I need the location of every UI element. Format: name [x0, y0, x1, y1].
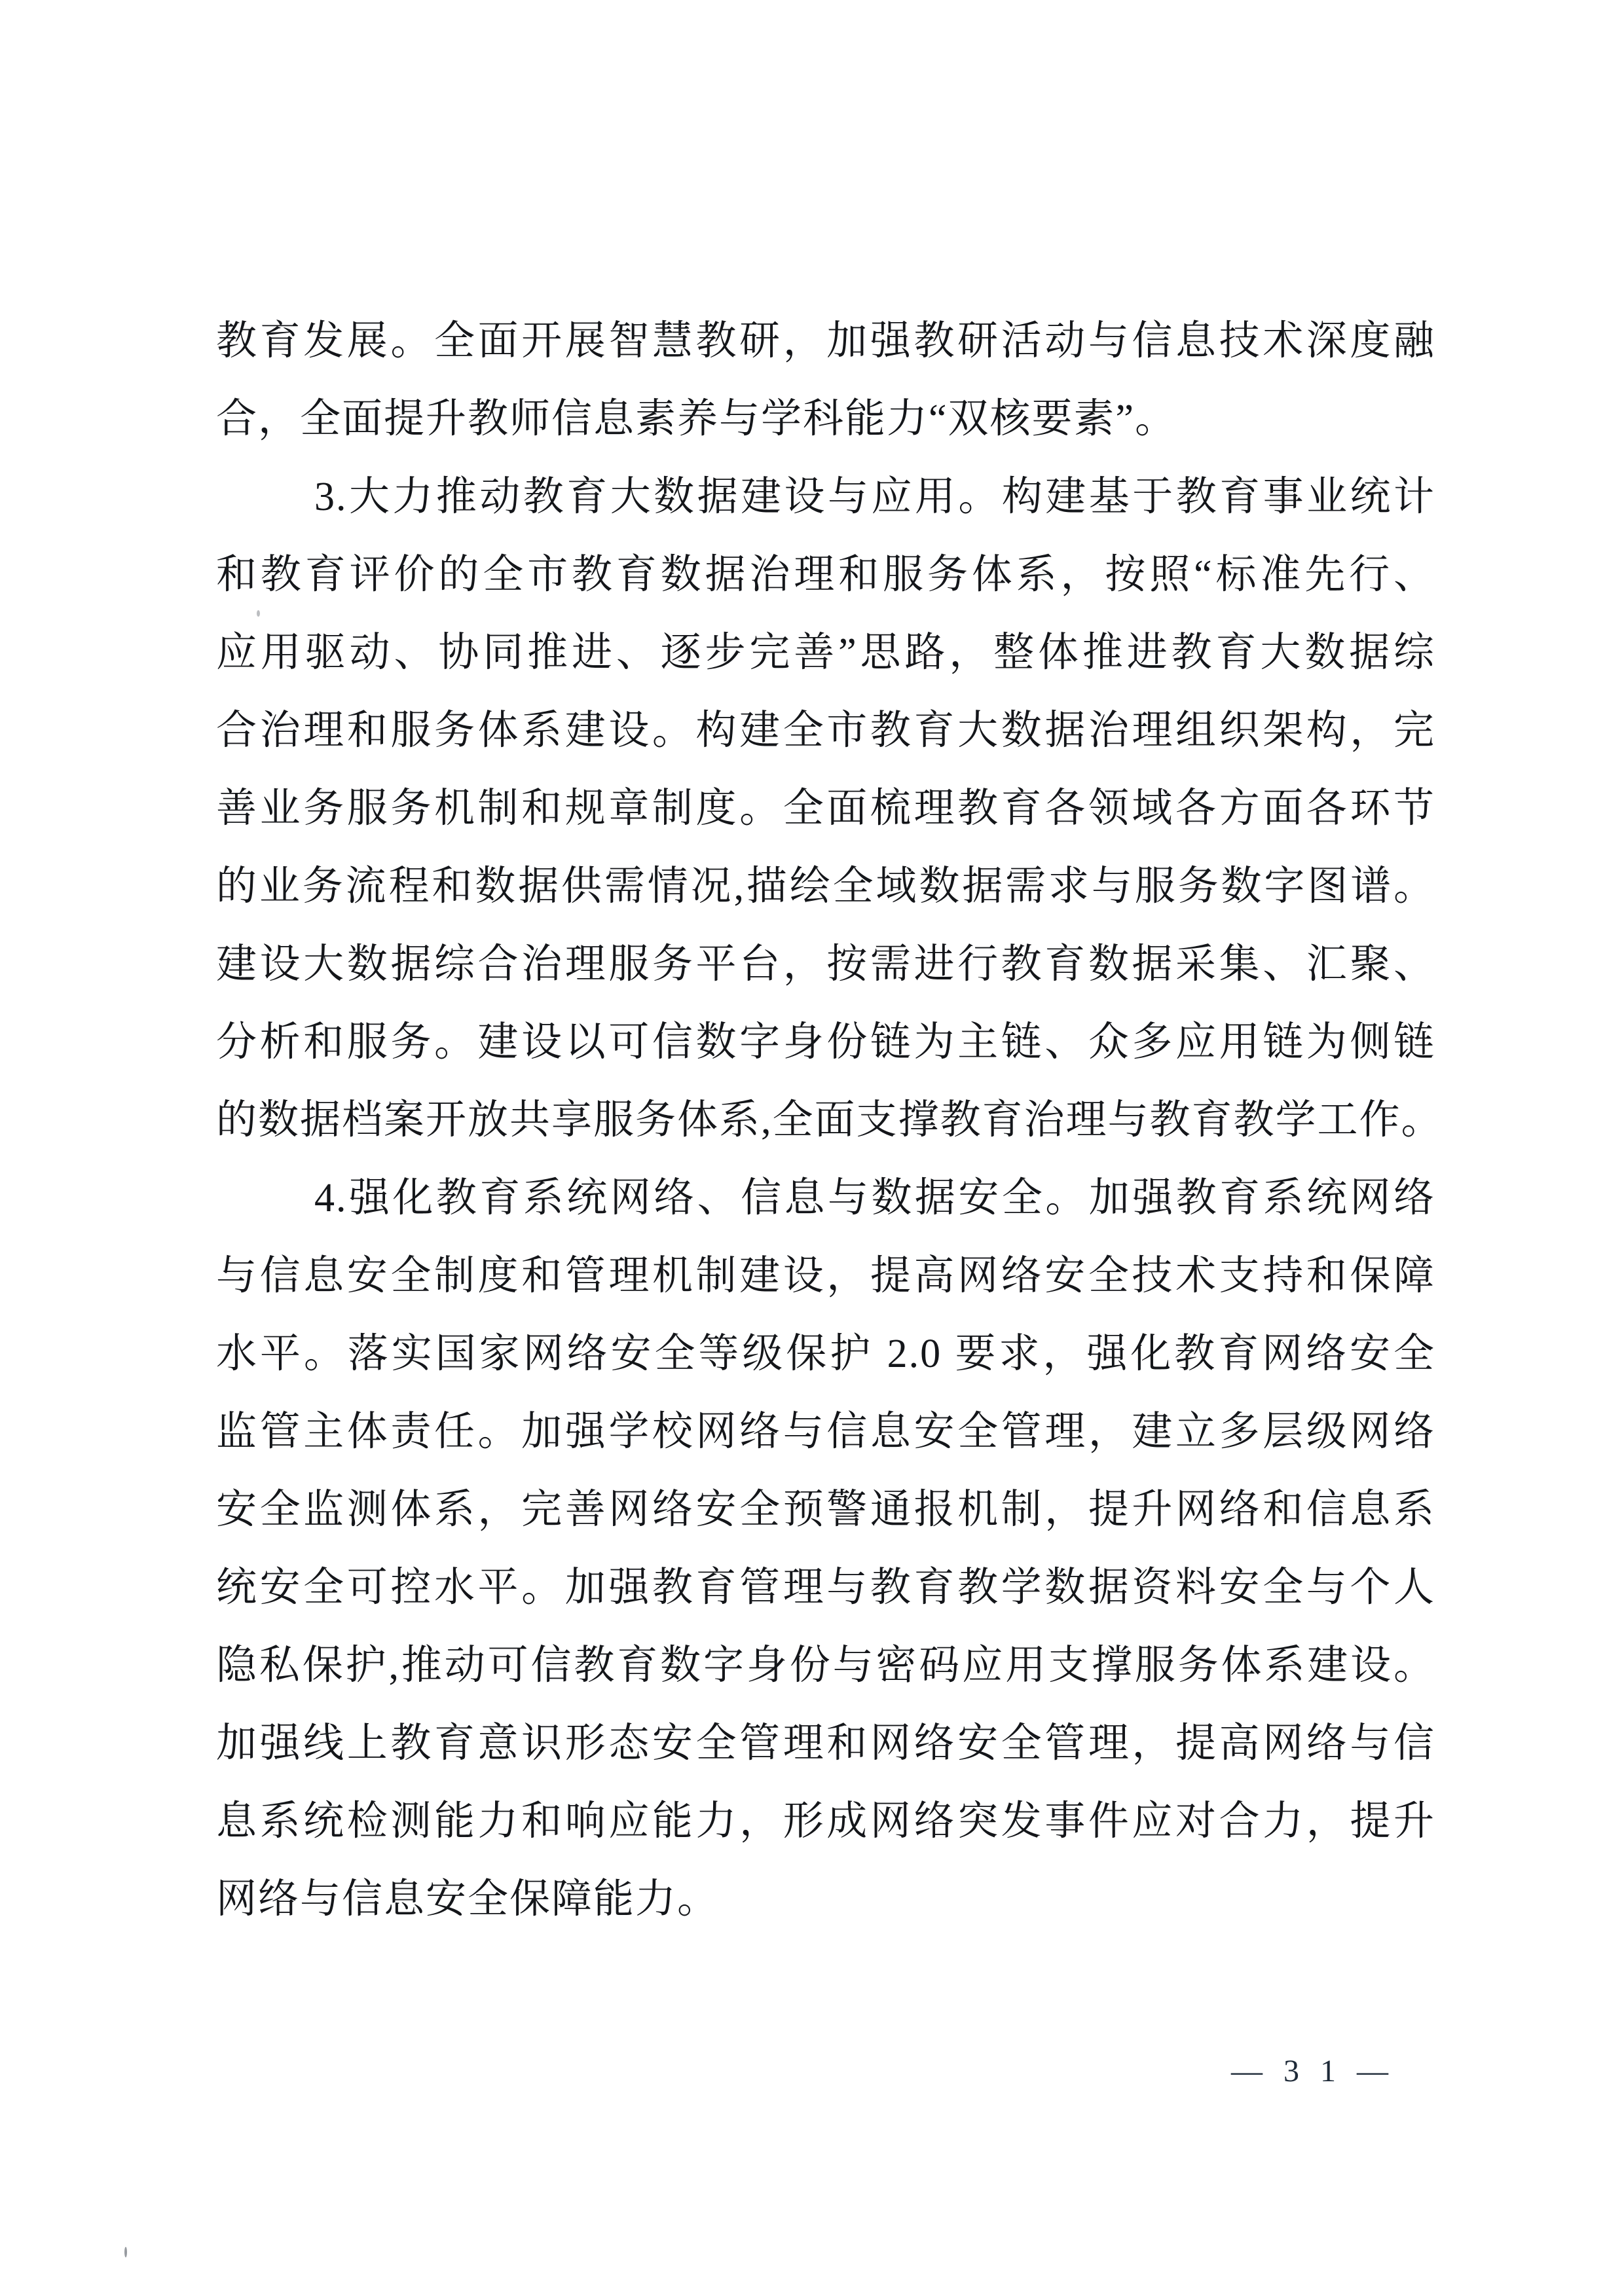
text-line: 善业务服务机制和规章制度。全面梳理教育各领域各方面各环节 [216, 770, 1435, 848]
text-line: 加强线上教育意识形态安全管理和网络安全管理，提高网络与信 [216, 1705, 1435, 1783]
text-line: 的业务流程和数据供需情况,描绘全域数据需求与服务数字图谱。 [216, 848, 1435, 926]
text-line: 与信息安全制度和管理机制建设，提高网络安全技术支持和保障 [216, 1237, 1435, 1315]
text-line: 和教育评价的全市教育数据治理和服务体系，按照“标准先行、 [216, 536, 1435, 614]
text-line: 隐私保护,推动可信教育数字身份与密码应用支撑服务体系建设。 [216, 1627, 1435, 1705]
text-line: 4.强化教育系统网络、信息与数据安全。加强教育系统网络 [216, 1159, 1435, 1237]
text-line: 3.大力推动教育大数据建设与应用。构建基于教育事业统计 [216, 458, 1435, 536]
text-line: 建设大数据综合治理服务平台，按需进行教育数据采集、汇聚、 [216, 926, 1435, 1004]
text-line: 安全监测体系，完善网络安全预警通报机制，提升网络和信息系 [216, 1471, 1435, 1549]
document-page: 教育发展。全面开展智慧教研，加强教研活动与信息技术深度融合，全面提升教师信息素养… [0, 0, 1624, 2296]
scan-artifact [124, 2247, 127, 2257]
page-number: — 3 1 — [1231, 2053, 1395, 2089]
text-line: 的数据档案开放共享服务体系,全面支撑教育治理与教育教学工作。 [216, 1082, 1435, 1159]
text-line: 合治理和服务体系建设。构建全市教育大数据治理组织架构，完 [216, 692, 1435, 770]
text-line: 网络与信息安全保障能力。 [216, 1861, 1435, 1939]
text-line: 统安全可控水平。加强教育管理与教育教学数据资料安全与个人 [216, 1549, 1435, 1627]
text-line: 分析和服务。建设以可信数字身份链为主链、众多应用链为侧链 [216, 1004, 1435, 1082]
text-line: 合，全面提升教师信息素养与学科能力“双核要素”。 [216, 380, 1435, 458]
text-line: 息系统检测能力和响应能力，形成网络突发事件应对合力，提升 [216, 1783, 1435, 1861]
text-line: 水平。落实国家网络安全等级保护 2.0 要求，强化教育网络安全 [216, 1315, 1435, 1393]
text-line: 应用驱动、协同推进、逐步完善”思路，整体推进教育大数据综 [216, 614, 1435, 692]
text-line: 教育发展。全面开展智慧教研，加强教研活动与信息技术深度融 [216, 302, 1435, 380]
document-body: 教育发展。全面开展智慧教研，加强教研活动与信息技术深度融合，全面提升教师信息素养… [216, 302, 1435, 1939]
scan-artifact [257, 610, 260, 617]
text-line: 监管主体责任。加强学校网络与信息安全管理，建立多层级网络 [216, 1393, 1435, 1471]
